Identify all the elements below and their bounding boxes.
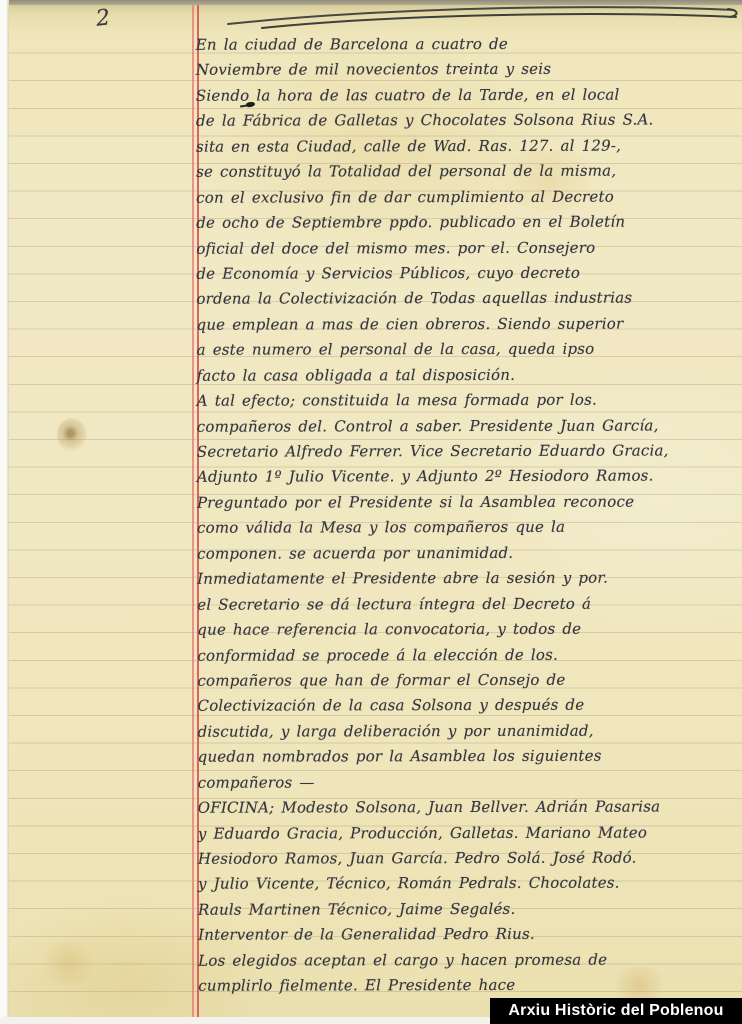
manuscript-line: compañeros — xyxy=(198,769,738,796)
archive-watermark: Arxiu Històric del Poblenou xyxy=(490,998,742,1024)
manuscript-line: que emplean a mas de cien obreros. Siend… xyxy=(196,311,736,338)
manuscript-line: A tal efecto; constituida la mesa formad… xyxy=(197,387,737,414)
manuscript-line: sita en esta Ciudad, calle de Wad. Ras. … xyxy=(196,133,736,160)
manuscript-line: Inmediatamente el Presidente abre la ses… xyxy=(197,565,737,592)
manuscript-line: facto la casa obligada a tal disposición… xyxy=(197,362,737,389)
manuscript-line: Preguntado por el Presidente si la Asamb… xyxy=(197,489,737,516)
scan-left-edge xyxy=(0,0,9,1024)
manuscript-line: cumplirlo fielmente. El Presidente hace xyxy=(198,972,738,999)
manuscript-line: que hace referencia la convocatoria, y t… xyxy=(197,616,737,643)
manuscript-line: como válida la Mesa y los compañeros que… xyxy=(197,515,737,542)
manuscript-line: de Economía y Servicios Públicos, cuyo d… xyxy=(196,260,736,287)
manuscript-line: Hesiodoro Ramos, Juan García. Pedro Solá… xyxy=(198,845,738,872)
manuscript-line: de la Fábrica de Galletas y Chocolates S… xyxy=(196,108,736,135)
manuscript-line: quedan nombrados por la Asamblea los sig… xyxy=(198,744,738,771)
manuscript-line: el Secretario se dá lectura íntegra del … xyxy=(197,591,737,618)
manuscript-line: compañeros del. Control a saber. Preside… xyxy=(197,413,737,440)
manuscript-line: componen. se acuerda por unanimidad. xyxy=(197,540,737,567)
manuscript-line: Colectivización de la casa Solsona y des… xyxy=(197,693,737,720)
manuscript-line: Adjunto 1º Julio Vicente. y Adjunto 2º H… xyxy=(197,464,737,491)
manuscript-line: oficial del doce del mismo mes. por el. … xyxy=(196,235,736,262)
scanned-manuscript-page: 2 En la ciudad de Barcelona a cuatro deN… xyxy=(0,0,742,1024)
manuscript-line: a este numero el personal de la casa, qu… xyxy=(197,337,737,364)
manuscript-line: Interventor de la Generalidad Pedro Rius… xyxy=(198,922,738,949)
manuscript-line: se constituyó la Totalidad del personal … xyxy=(196,158,736,185)
manuscript-line: Los elegidos aceptan el cargo y hacen pr… xyxy=(198,947,738,974)
manuscript-line: Noviembre de mil novecientos treinta y s… xyxy=(196,57,736,84)
manuscript-text: En la ciudad de Barcelona a cuatro deNov… xyxy=(196,31,739,999)
manuscript-line: Rauls Martinen Técnico, Jaime Segalés. xyxy=(198,896,738,923)
red-margin-rule xyxy=(192,0,194,1017)
page-number: 2 xyxy=(95,5,112,31)
manuscript-line: compañeros que han de formar el Consejo … xyxy=(197,667,737,694)
manuscript-line: Secretario Alfredo Ferrer. Vice Secretar… xyxy=(197,438,737,465)
manuscript-line: Siendo la hora de las cuatro de la Tarde… xyxy=(196,82,736,109)
manuscript-line: y Eduardo Gracia, Producción, Galletas. … xyxy=(198,820,738,847)
manuscript-line: ordena la Colectivización de Todas aquel… xyxy=(196,286,736,313)
manuscript-line: con el exclusivo fin de dar cumplimiento… xyxy=(196,184,736,211)
archive-watermark-text: Arxiu Històric del Poblenou xyxy=(508,1002,723,1020)
manuscript-line: de ocho de Septiembre ppdo. publicado en… xyxy=(196,209,736,236)
manuscript-line: OFICINA; Modesto Solsona, Juan Bellver. … xyxy=(198,794,738,821)
manuscript-line: conformidad se procede á la elección de … xyxy=(197,642,737,669)
manuscript-line: discutida, y larga deliberación y por un… xyxy=(198,718,738,745)
manuscript-line: y Julio Vicente, Técnico, Román Pedrals.… xyxy=(198,871,738,898)
manuscript-line: En la ciudad de Barcelona a cuatro de xyxy=(196,31,736,58)
